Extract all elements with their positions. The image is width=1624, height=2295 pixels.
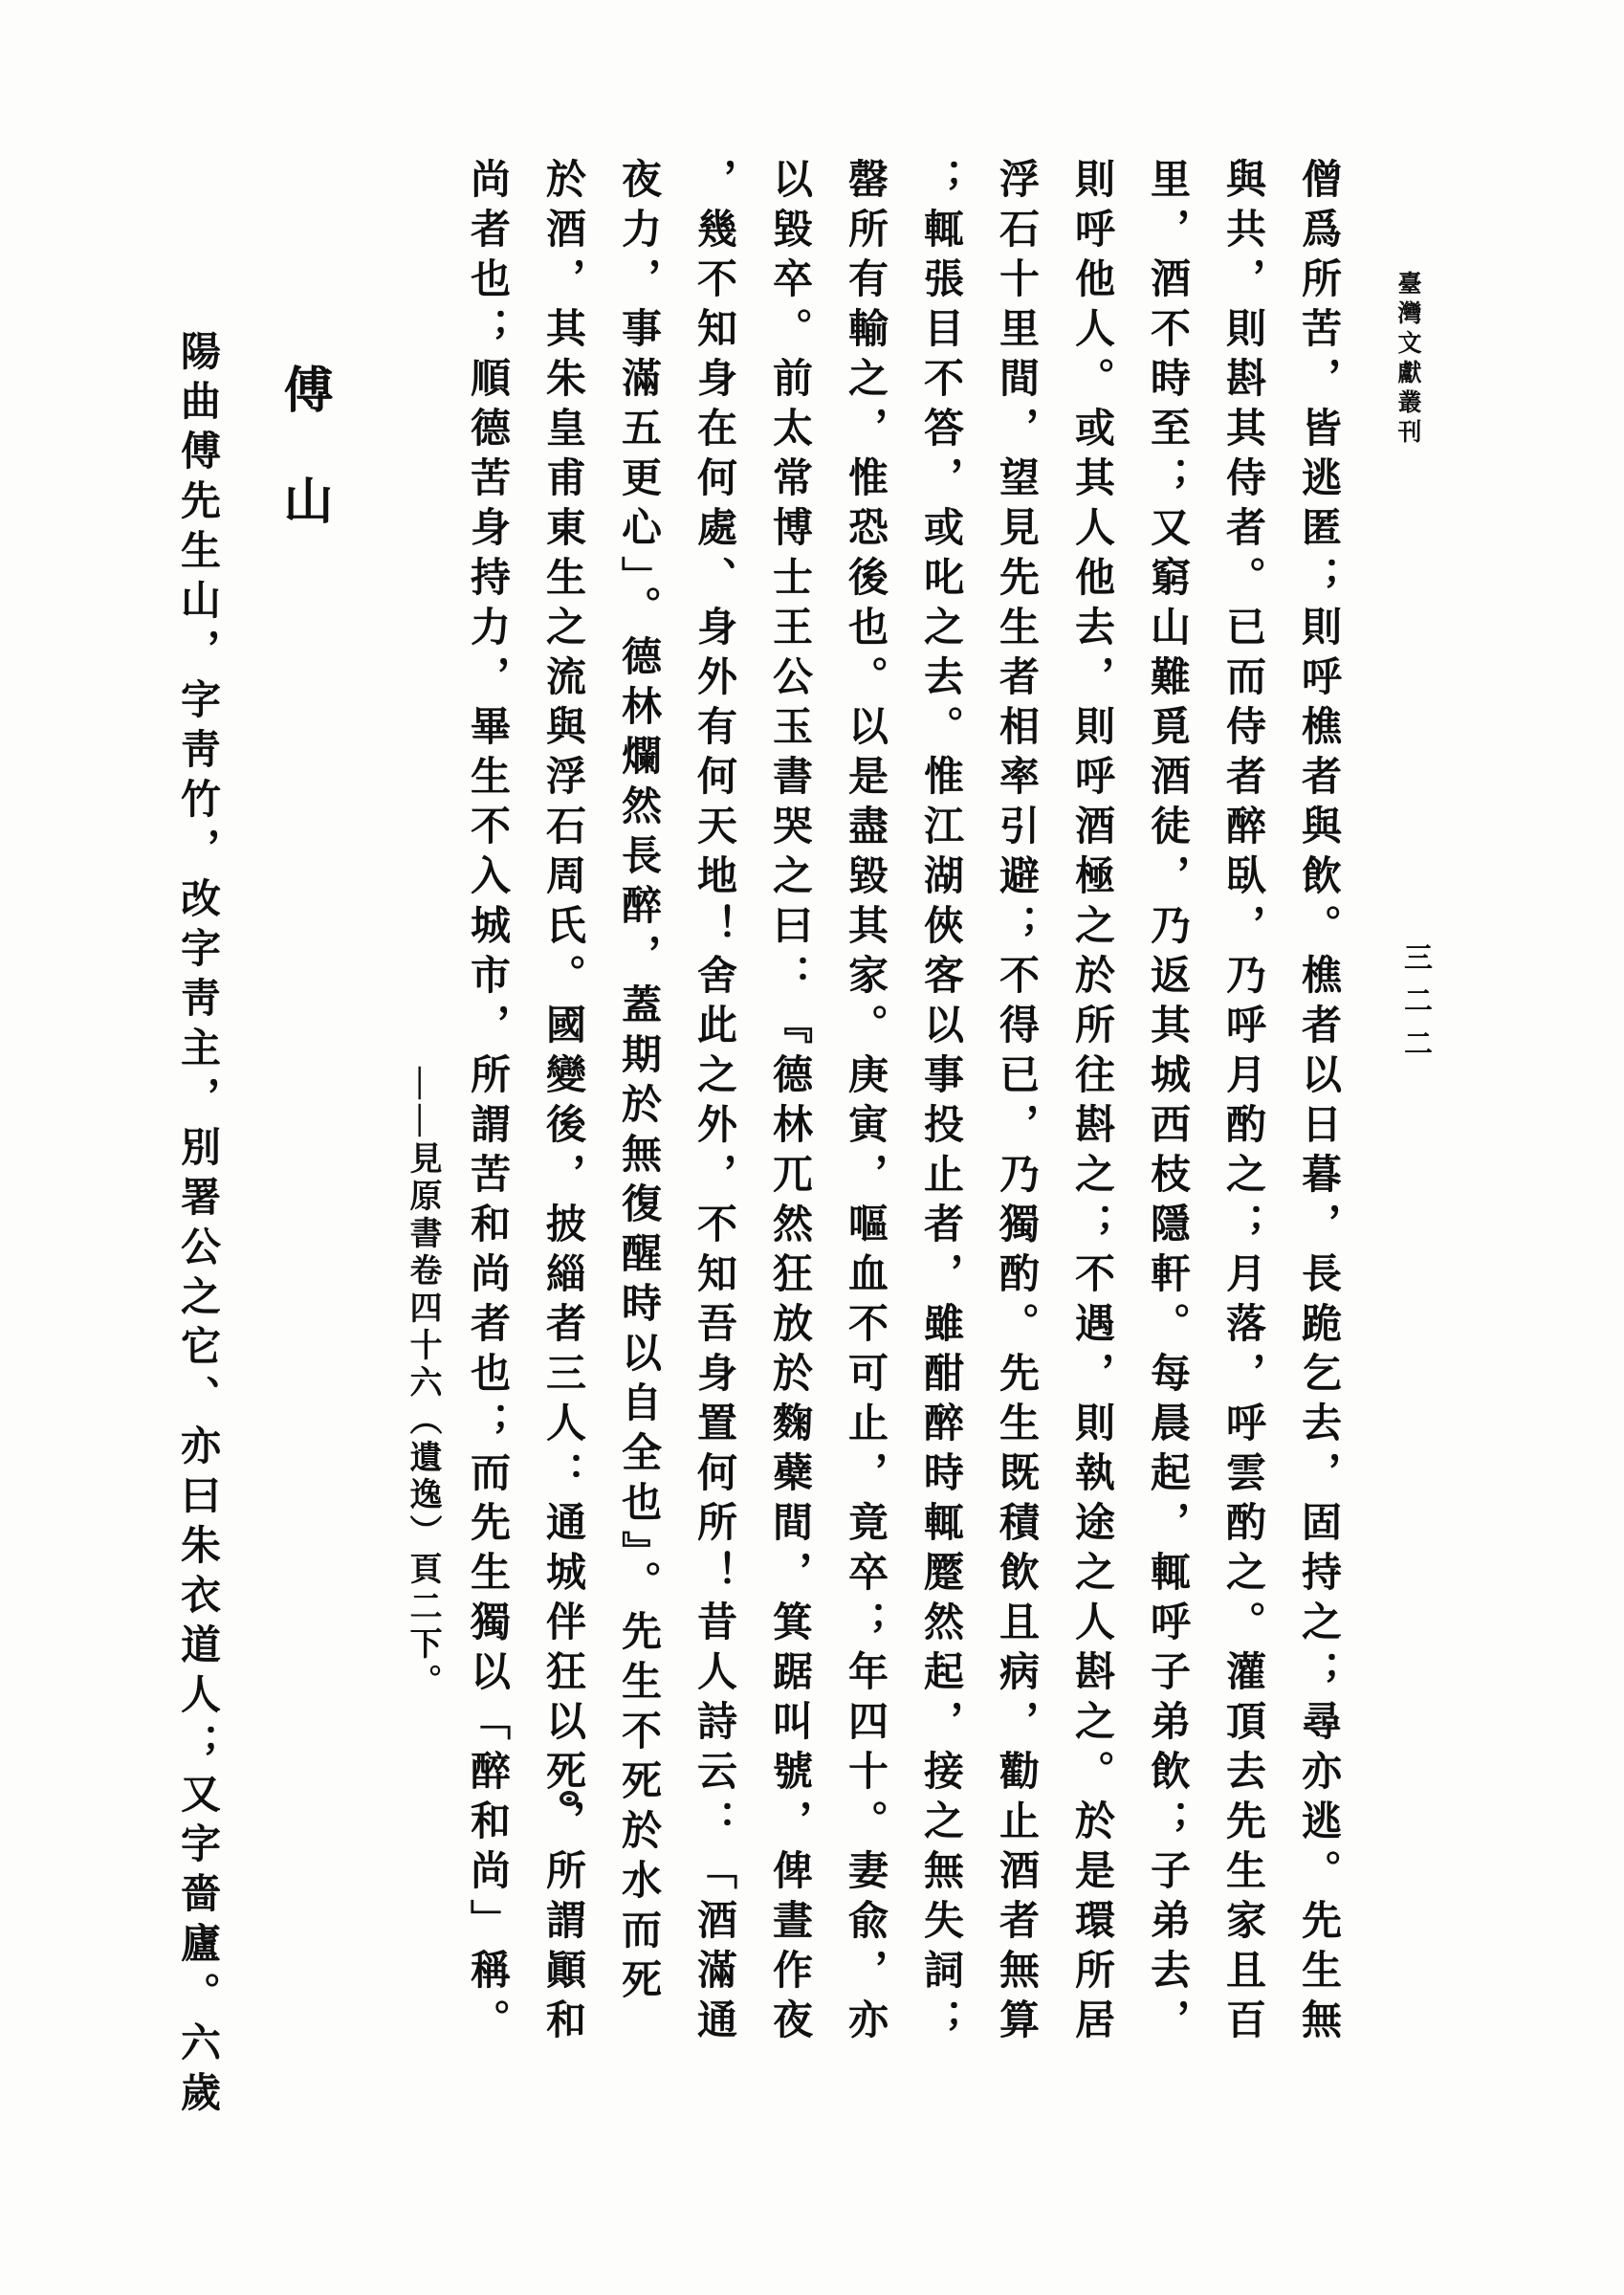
main-text-block: 僧爲所苦，皆逃匿；則呼樵者與飲。樵者以日暮，長跪乞去，固持之；尋亦逃。先生無與共…: [462, 158, 1343, 2081]
text-column-4: 則呼他人。或其人他去，則呼酒極之於所往斟之；不遇，則執途之人斟之。於是環所居: [1066, 158, 1116, 2081]
ink-stamp-mark: [560, 1791, 579, 1806]
citation-line: ——見原書卷四十六（遺逸）頁二下。: [400, 1067, 444, 1701]
text-column-1: 僧爲所苦，皆逃匿；則呼樵者與飲。樵者以日暮，長跪乞去，固持之；尋亦逃。先生無: [1293, 158, 1343, 2081]
text-column-2: 與共，則斟其侍者。已而侍者醉臥，乃呼月酌之；月落，呼雲酌之。灌頂去先生家且百: [1218, 158, 1267, 2081]
section-opening-block: 陽曲傅先生山，字靑竹，改字靑主，別署公之它、亦曰朱衣道人；又字嗇廬。六歲: [172, 330, 222, 2205]
text-column-9: ，幾不知身在何處、身外有何天地！舍此之外，不知吾身置何所！昔人詩云：「酒滿通: [689, 158, 738, 2081]
text-column-6: ；輒張目不答，或叱之去。惟江湖俠客以事投止者，雖酣醉時輒蹷然起，接之無失詞；: [915, 158, 965, 2081]
text-column-7: 罄所有輸之，惟恐後也。以是盡毀其家。庚寅，嘔血不可止，竟卒；年四十。妻兪，亦: [840, 158, 889, 2081]
book-page-scan: 臺灣文獻叢刊 三二二 僧爲所苦，皆逃匿；則呼樵者與飲。樵者以日暮，長跪乞去，固持…: [0, 0, 1624, 2295]
text-column-10: 夜力，事滿五更心」。德林爛然長醉，蓋期於無復醒時以自全也』。先生不死於水而死: [613, 158, 663, 2081]
running-title: 臺灣文獻叢刊: [1383, 271, 1431, 449]
section-title: 傅 山: [274, 364, 331, 530]
section-text-column-1: 陽曲傅先生山，字靑竹，改字靑主，別署公之它、亦曰朱衣道人；又字嗇廬。六歲: [172, 330, 222, 2205]
page-number: 三二二: [1393, 942, 1437, 1071]
text-column-3: 里，酒不時至；又窮山難覓酒徒，乃返其城西枝隱軒。每晨起，輒呼子弟飲；子弟去，: [1142, 158, 1192, 2081]
text-column-5: 浮石十里間，望見先生者相率引避；不得已，乃獨酌。先生既積飲且病，勸止酒者無算: [991, 158, 1041, 2081]
text-column-12: 尚者也；順德苦身持力，畢生不入城市，所謂苦和尚者也；而先生獨以「醉和尚」稱。: [462, 158, 512, 2081]
text-column-8: 以毀卒。前太常博士王公玉書哭之曰：『德林兀然狂放於麴蘗間，箕踞叫號，俾晝作夜: [764, 158, 814, 2081]
